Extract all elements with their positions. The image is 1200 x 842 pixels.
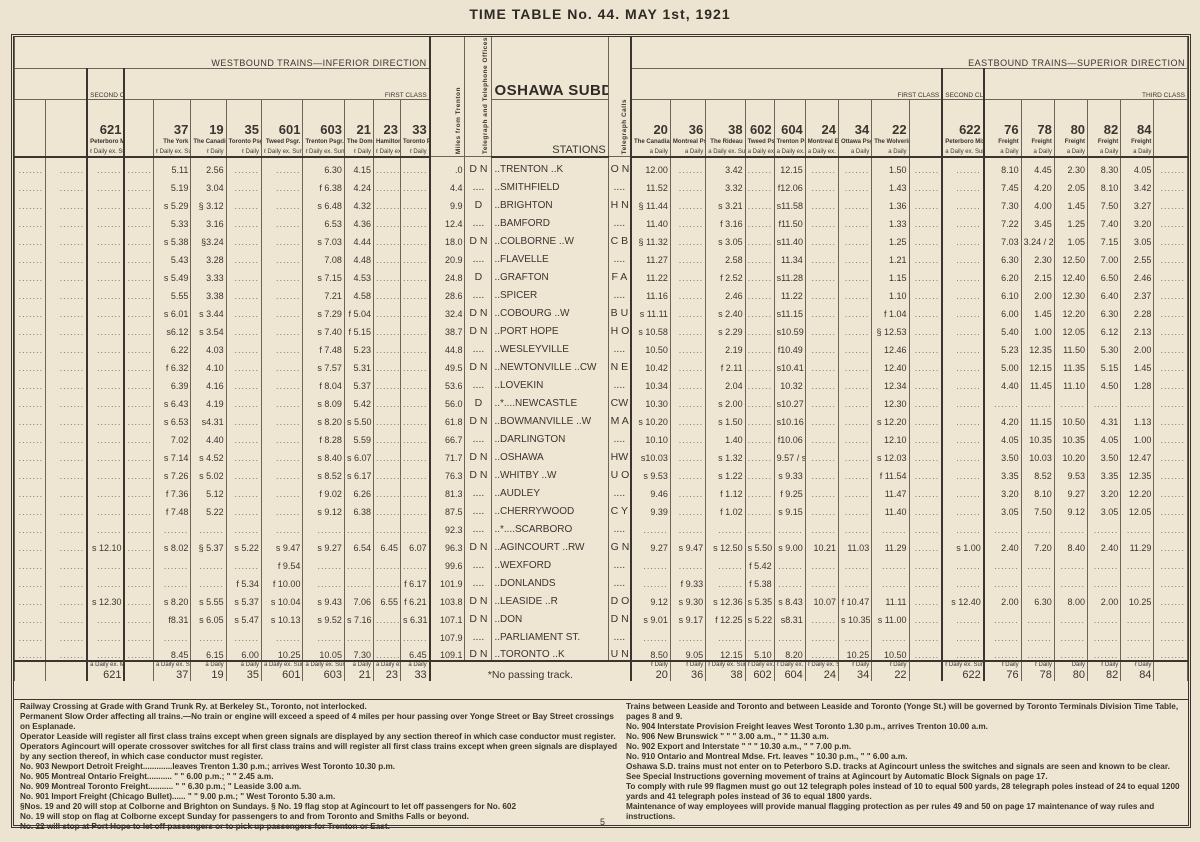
time-cell: 1.50 xyxy=(872,157,909,175)
time-cell: ....... xyxy=(909,211,942,229)
miles-cell: 61.8 xyxy=(430,409,465,427)
time-cell: ....... xyxy=(745,373,774,391)
train-header-602: 602Tweed Psgr.a Daily ex. Sun. xyxy=(745,100,774,157)
time-cell: ....... xyxy=(1154,409,1188,427)
time-cell: s6.12 xyxy=(154,319,191,337)
time-cell: ....... xyxy=(261,229,303,247)
time-cell: ....... xyxy=(374,211,401,229)
time-cell: ....... xyxy=(46,409,88,427)
time-cell: ....... xyxy=(87,175,124,193)
time-cell: ....... xyxy=(87,319,124,337)
time-cell: ....... xyxy=(374,643,401,661)
station-row: ............................7.024.40....… xyxy=(15,427,1188,445)
time-cell: s 10.04 xyxy=(261,589,303,607)
time-cell: ....... xyxy=(839,373,872,391)
time-cell: ....... xyxy=(226,481,261,499)
time-cell: s 5.38 xyxy=(154,229,191,247)
miles-cell: 103.8 xyxy=(430,589,465,607)
time-cell: ....... xyxy=(670,283,705,301)
time-cell: s 9.43 xyxy=(303,589,345,607)
miles-cell: 107.1 xyxy=(430,607,465,625)
time-cell: f 8.28 xyxy=(303,427,345,445)
time-cell: ....... xyxy=(46,427,88,445)
time-cell: s 7.26 xyxy=(154,463,191,481)
time-cell: s 11.00 xyxy=(872,607,909,625)
station-name: ..WEXFORD xyxy=(492,553,608,571)
time-cell: ....... xyxy=(805,517,838,535)
time-cell: 3.38 xyxy=(191,283,226,301)
time-cell: ....... xyxy=(745,175,774,193)
time-cell: ....... xyxy=(124,535,153,553)
offices-cell: D N xyxy=(465,607,492,625)
time-cell: ....... xyxy=(942,373,984,391)
time-cell: 2.37 xyxy=(1121,283,1154,301)
time-cell: s 9.15 xyxy=(774,499,805,517)
time-cell: 3.20 xyxy=(1121,211,1154,229)
time-cell: ....... xyxy=(15,535,46,553)
footnote: Operators Agincourt will operate crossov… xyxy=(20,742,620,762)
time-cell: 12.34 xyxy=(872,373,909,391)
time-cell: ....... xyxy=(46,535,88,553)
time-cell: 7.06 xyxy=(344,589,373,607)
train-header-19: 19The Canadianℓ Daily xyxy=(191,100,226,157)
time-cell: ....... xyxy=(805,499,838,517)
time-cell: 10.35 xyxy=(1021,427,1054,445)
time-cell: ....... xyxy=(909,445,942,463)
time-cell: 3.42 xyxy=(706,157,745,175)
miles-cell: 53.6 xyxy=(430,373,465,391)
time-cell: ....... xyxy=(87,625,124,643)
time-cell: 8.52 xyxy=(1021,463,1054,481)
time-cell: s 7.16 xyxy=(344,607,373,625)
time-cell: ....... xyxy=(191,571,226,589)
time-cell: s 10.58 xyxy=(631,319,670,337)
time-cell: 3.50 xyxy=(984,445,1021,463)
time-cell: 2.58 xyxy=(706,247,745,265)
time-cell: ....... xyxy=(909,355,942,373)
miles-cell: 81.3 xyxy=(430,481,465,499)
station-name: ..CHERRYWOOD xyxy=(492,499,608,517)
time-cell: ....... xyxy=(872,517,909,535)
time-cell: 6.00 xyxy=(984,301,1021,319)
footnotes-right: Trains between Leaside and Toronto and b… xyxy=(626,702,1186,822)
time-cell: 3.20 xyxy=(984,481,1021,499)
time-cell: ....... xyxy=(839,391,872,409)
time-cell: ....... xyxy=(400,463,429,481)
footnote: No. 902 Export and Interstate " " " 10.3… xyxy=(626,742,1186,752)
time-cell: 5.12 xyxy=(191,481,226,499)
telegraph-call: G N xyxy=(608,535,631,553)
time-cell: ....... xyxy=(942,229,984,247)
train-footer-24: ℓ Daily ex. Sat.24 xyxy=(805,661,838,681)
time-cell: ....... xyxy=(1154,337,1188,355)
time-cell: s11.58 xyxy=(774,193,805,211)
time-cell: ....... xyxy=(805,157,838,175)
time-cell: ....... xyxy=(909,337,942,355)
footnote: Operator Leaside will register all first… xyxy=(20,732,620,742)
time-cell: ....... xyxy=(46,175,88,193)
time-cell: ....... xyxy=(839,157,872,175)
footnote: Maintenance of way employees will provid… xyxy=(626,802,1186,822)
telegraph-call: O N xyxy=(608,157,631,175)
train-header-24: 24Montreal Exp.a Daily ex. Sat. xyxy=(805,100,838,157)
offices-cell: D N xyxy=(465,157,492,175)
time-cell: s 2.00 xyxy=(706,391,745,409)
time-cell: ....... xyxy=(400,409,429,427)
time-cell: ....... xyxy=(400,337,429,355)
time-cell: s 9.47 xyxy=(670,535,705,553)
time-cell: s 12.20 xyxy=(872,409,909,427)
time-cell: s 9.33 xyxy=(774,463,805,481)
time-cell: ....... xyxy=(87,463,124,481)
time-cell: ....... xyxy=(745,283,774,301)
time-cell: f 7.36 xyxy=(154,481,191,499)
time-cell: ....... xyxy=(1088,553,1121,571)
time-cell: s 6.53 xyxy=(154,409,191,427)
time-cell: ....... xyxy=(745,337,774,355)
time-cell: ....... xyxy=(87,283,124,301)
time-cell: s 9.27 xyxy=(303,535,345,553)
time-cell: 2.46 xyxy=(706,283,745,301)
time-cell: ....... xyxy=(942,211,984,229)
time-cell: 12.35 xyxy=(1021,337,1054,355)
time-cell: 5.31 xyxy=(344,355,373,373)
time-cell: ....... xyxy=(839,571,872,589)
time-cell: ....... xyxy=(124,355,153,373)
time-cell: s11.15 xyxy=(774,301,805,319)
time-cell: ....... xyxy=(909,373,942,391)
time-cell: ....... xyxy=(261,265,303,283)
footnote: No. 909 Montreal Toronto Freight........… xyxy=(20,782,620,792)
time-cell: 4.10 xyxy=(191,355,226,373)
time-cell: s 3.44 xyxy=(191,301,226,319)
station-name: ..TRENTON ..K xyxy=(492,157,608,175)
time-cell: s 5.02 xyxy=(191,463,226,481)
time-cell: 6.07 xyxy=(400,535,429,553)
time-cell: 7.40 xyxy=(1088,211,1121,229)
miles-cell: 71.7 xyxy=(430,445,465,463)
time-cell: ....... xyxy=(774,571,805,589)
time-cell: 6.22 xyxy=(154,337,191,355)
time-cell: f 8.04 xyxy=(303,373,345,391)
time-cell: ....... xyxy=(87,157,124,175)
footnotes-left: Railway Crossing at Grade with Grand Tru… xyxy=(20,702,620,832)
time-cell: ....... xyxy=(46,643,88,661)
miles-cell: 87.5 xyxy=(430,499,465,517)
time-cell: ....... xyxy=(303,571,345,589)
time-cell: 11.45 xyxy=(1021,373,1054,391)
time-cell: ....... xyxy=(942,157,984,175)
time-cell: ....... xyxy=(124,157,153,175)
offices-cell: D N xyxy=(465,463,492,481)
time-cell: 10.05 xyxy=(303,643,345,661)
time-cell: ....... xyxy=(344,553,373,571)
time-cell: 3.28 xyxy=(191,247,226,265)
time-cell: 10.30 xyxy=(631,391,670,409)
time-cell: ....... xyxy=(400,247,429,265)
time-cell: 8.40 xyxy=(1054,535,1087,553)
subdivision-title: OSHAWA SUBDIVISION xyxy=(492,37,608,100)
time-cell: ....... xyxy=(1154,247,1188,265)
time-cell: ....... xyxy=(374,265,401,283)
time-cell: ....... xyxy=(1154,571,1188,589)
time-cell: ....... xyxy=(87,445,124,463)
train-header-35: 35Toronto Psgr.ℓ Daily xyxy=(226,100,261,157)
time-cell: 10.10 xyxy=(631,427,670,445)
time-cell: ....... xyxy=(909,175,942,193)
time-cell: ....... xyxy=(909,409,942,427)
time-cell: ....... xyxy=(839,481,872,499)
time-cell: ....... xyxy=(344,571,373,589)
time-cell: f 9.33 xyxy=(670,571,705,589)
time-cell: s 8.40 xyxy=(303,445,345,463)
footnote: Oshawa S.D. trains must not enter on to … xyxy=(626,762,1186,782)
time-cell: ....... xyxy=(46,517,88,535)
time-cell: ....... xyxy=(46,463,88,481)
time-cell: 2.13 xyxy=(1121,319,1154,337)
miles-cell: 101.9 xyxy=(430,571,465,589)
station-row: ............................6.394.16....… xyxy=(15,373,1188,391)
time-cell: ....... xyxy=(15,157,46,175)
time-cell: 3.50 xyxy=(1088,445,1121,463)
time-cell: ....... xyxy=(909,517,942,535)
time-cell: ....... xyxy=(984,571,1021,589)
time-cell: 2.46 xyxy=(1121,265,1154,283)
time-cell: 11.27 xyxy=(631,247,670,265)
telegraph-call: .... xyxy=(608,211,631,229)
time-cell: ....... xyxy=(1088,517,1121,535)
time-cell: s 1.00 xyxy=(942,535,984,553)
telegraph-call: .... xyxy=(608,247,631,265)
time-cell: ....... xyxy=(226,301,261,319)
station-name: ..AUDLEY xyxy=(492,481,608,499)
time-cell: ....... xyxy=(124,409,153,427)
time-cell: 6.30 xyxy=(303,157,345,175)
time-cell: 5.10 xyxy=(745,643,774,661)
telegraph-call: C B xyxy=(608,229,631,247)
time-cell: s 6.48 xyxy=(303,193,345,211)
time-cell: 8.45 xyxy=(154,643,191,661)
offices-cell: D N xyxy=(465,319,492,337)
offices-cell: .... xyxy=(465,499,492,517)
train-header-76: 76Freighta Daily xyxy=(984,100,1021,157)
time-cell: f10.49 xyxy=(774,337,805,355)
time-cell: 4.15 xyxy=(344,157,373,175)
time-cell: ....... xyxy=(344,517,373,535)
time-cell: 12.30 xyxy=(872,391,909,409)
miles-cell: 99.6 xyxy=(430,553,465,571)
time-cell: ....... xyxy=(226,445,261,463)
time-cell: 9.53 xyxy=(1054,463,1087,481)
time-cell: 6.12 xyxy=(1088,319,1121,337)
time-cell: 11.10 xyxy=(1054,373,1087,391)
time-cell: f 6.32 xyxy=(154,355,191,373)
offices-cell: D N xyxy=(465,229,492,247)
time-cell: ....... xyxy=(15,247,46,265)
time-cell: s8.31 xyxy=(774,607,805,625)
time-cell: s 1.32 xyxy=(706,445,745,463)
offices-cell: D xyxy=(465,265,492,283)
time-cell: ....... xyxy=(745,427,774,445)
time-cell: ....... xyxy=(1154,481,1188,499)
station-name: ..LEASIDE ..R xyxy=(492,589,608,607)
telegraph-call: H N xyxy=(608,193,631,211)
footnote: No. 22 will stop at Port Hope to let off… xyxy=(20,822,620,832)
time-cell: s 5.49 xyxy=(154,265,191,283)
time-cell: 5.23 xyxy=(984,337,1021,355)
station-row: ........................................… xyxy=(15,625,1188,643)
telegraph-call: D O xyxy=(608,589,631,607)
time-cell: ....... xyxy=(87,355,124,373)
time-cell: ....... xyxy=(226,625,261,643)
time-cell: ....... xyxy=(303,553,345,571)
time-cell: ....... xyxy=(374,445,401,463)
time-cell: ....... xyxy=(46,481,88,499)
time-cell: ....... xyxy=(839,445,872,463)
time-cell: 11.29 xyxy=(1121,535,1154,553)
station-name: ..DON xyxy=(492,607,608,625)
time-cell: 4.19 xyxy=(191,391,226,409)
time-cell: ....... xyxy=(1021,643,1054,661)
station-name: ..BOWMANVILLE ..W xyxy=(492,409,608,427)
time-cell: ....... xyxy=(805,247,838,265)
station-name: ..DARLINGTON xyxy=(492,427,608,445)
time-cell: ....... xyxy=(15,481,46,499)
time-cell: ....... xyxy=(261,283,303,301)
timetable-table: WESTBOUND TRAINS—INFERIOR DIRECTIONMiles… xyxy=(14,37,1188,681)
time-cell: 1.45 xyxy=(1054,193,1087,211)
time-cell: 11.16 xyxy=(631,283,670,301)
time-cell: ....... xyxy=(15,571,46,589)
time-cell: ....... xyxy=(261,157,303,175)
time-cell: s 9.17 xyxy=(670,607,705,625)
time-cell: ....... xyxy=(909,301,942,319)
miles-cell: 18.0 xyxy=(430,229,465,247)
time-cell: ....... xyxy=(87,193,124,211)
time-cell: ....... xyxy=(1154,193,1188,211)
time-cell: ....... xyxy=(15,337,46,355)
time-cell: ....... xyxy=(15,283,46,301)
time-cell: s 8.43 xyxy=(774,589,805,607)
train-footer-34: ℓ Daily34 xyxy=(839,661,872,681)
time-cell: ....... xyxy=(191,517,226,535)
time-cell: 10.25 xyxy=(261,643,303,661)
time-cell: 6.30 xyxy=(1088,301,1121,319)
offices-cell: D N xyxy=(465,301,492,319)
time-cell: ....... xyxy=(909,247,942,265)
time-cell: ....... xyxy=(87,337,124,355)
time-cell: ....... xyxy=(1054,643,1087,661)
time-cell: 7.45 xyxy=(984,175,1021,193)
time-cell: ....... xyxy=(15,553,46,571)
offices-header: Telegraph and Telephone Offices xyxy=(465,37,492,157)
time-cell: ....... xyxy=(87,517,124,535)
train-footer-78: ℓ Daily78 xyxy=(1021,661,1054,681)
time-cell: 1.36 xyxy=(872,193,909,211)
time-cell: f8.31 xyxy=(154,607,191,625)
time-cell: 12.47 xyxy=(1121,445,1154,463)
time-cell: s 12.36 xyxy=(706,589,745,607)
time-cell: ....... xyxy=(984,625,1021,643)
time-cell: 6.39 xyxy=(154,373,191,391)
time-cell: ....... xyxy=(909,193,942,211)
station-row: ............................s 7.14s 4.52… xyxy=(15,445,1188,463)
time-cell: f 11.54 xyxy=(872,463,909,481)
station-row: ............................s 5.38§3.24.… xyxy=(15,229,1188,247)
time-cell: ....... xyxy=(706,625,745,643)
offices-cell: D xyxy=(465,391,492,409)
footnote: Trains between Leaside and Toronto and b… xyxy=(626,702,1186,722)
time-cell: ....... xyxy=(15,373,46,391)
time-cell: ....... xyxy=(226,463,261,481)
miles-cell: 109.1 xyxy=(430,643,465,661)
time-cell: ....... xyxy=(261,175,303,193)
time-cell: ....... xyxy=(46,247,88,265)
time-cell: ....... xyxy=(745,319,774,337)
time-cell: ....... xyxy=(374,283,401,301)
time-cell: ....... xyxy=(261,391,303,409)
time-cell: ....... xyxy=(745,157,774,175)
station-row: ............................s6.12s 3.54.… xyxy=(15,319,1188,337)
train-footer-19: a Daily19 xyxy=(191,661,226,681)
time-cell: ....... xyxy=(303,517,345,535)
time-cell: 6.15 xyxy=(191,643,226,661)
time-cell: ....... xyxy=(15,643,46,661)
time-cell: ....... xyxy=(706,517,745,535)
time-cell: ....... xyxy=(374,229,401,247)
time-cell: ....... xyxy=(942,607,984,625)
time-cell: 6.45 xyxy=(400,643,429,661)
time-cell: ....... xyxy=(670,229,705,247)
telegraph-call: .... xyxy=(608,373,631,391)
train-footer-601: a Daily ex. Sun.601 xyxy=(261,661,303,681)
station-name: ..AGINCOURT ..RW xyxy=(492,535,608,553)
station-row: ............................5.112.56....… xyxy=(15,157,1188,175)
time-cell: 7.20 xyxy=(1021,535,1054,553)
time-cell: ....... xyxy=(909,283,942,301)
time-cell: 6.40 xyxy=(1088,283,1121,301)
time-cell: 10.25 xyxy=(1121,589,1154,607)
miles-cell: 28.6 xyxy=(430,283,465,301)
time-cell: ....... xyxy=(1154,229,1188,247)
time-cell: ....... xyxy=(226,355,261,373)
train-header-78: 78Freighta Daily xyxy=(1021,100,1054,157)
time-cell: ....... xyxy=(46,211,88,229)
time-cell: 1.00 xyxy=(1021,319,1054,337)
train-header-38: 38The Rideaua Daily ex. Sun. xyxy=(706,100,745,157)
time-cell: f 1.12 xyxy=(706,481,745,499)
train-footer-603: a Daily ex. Sun.603 xyxy=(303,661,345,681)
time-cell: ....... xyxy=(261,301,303,319)
time-cell: f 7.48 xyxy=(154,499,191,517)
time-cell: 5.23 xyxy=(344,337,373,355)
train-footer-23: a Daily ex. Sun.23 xyxy=(374,661,401,681)
time-cell: 5.42 xyxy=(344,391,373,409)
time-cell: ....... xyxy=(1021,553,1054,571)
time-cell: ....... xyxy=(124,373,153,391)
time-cell: ....... xyxy=(984,553,1021,571)
time-cell: f 2.11 xyxy=(706,355,745,373)
time-cell: 8.10 xyxy=(1021,481,1054,499)
time-cell: ....... xyxy=(805,229,838,247)
time-cell: ....... xyxy=(670,157,705,175)
time-cell: ....... xyxy=(374,247,401,265)
second-class-label: SECOND CLASS xyxy=(87,68,124,99)
time-cell: 10.35 xyxy=(1054,427,1087,445)
time-cell: ....... xyxy=(805,463,838,481)
time-cell: ....... xyxy=(774,553,805,571)
time-cell: ....... xyxy=(15,517,46,535)
